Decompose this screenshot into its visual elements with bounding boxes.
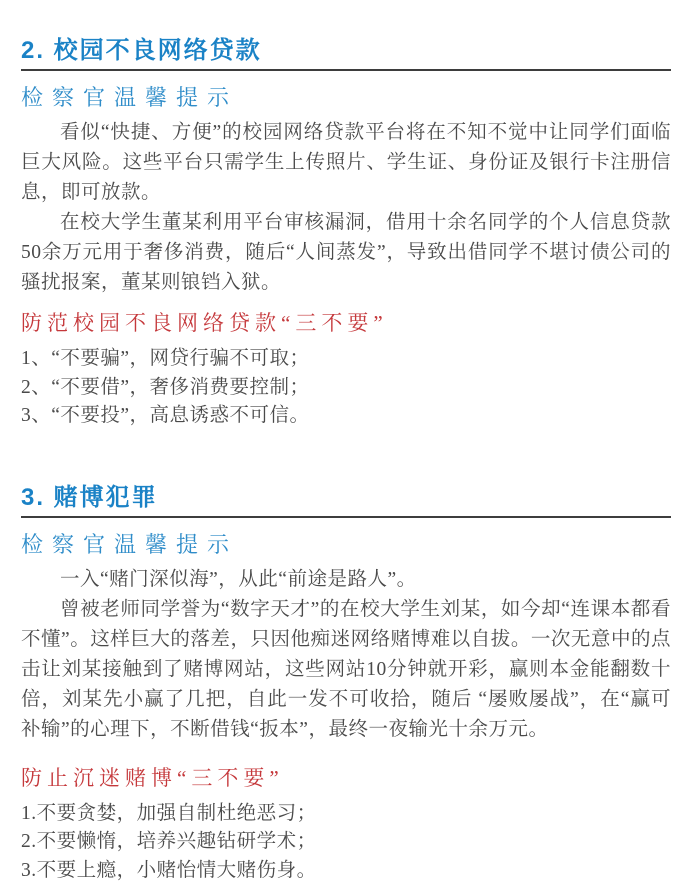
tips-heading-campus-loan: 防范校园不良网络贷款“三不要” (21, 311, 671, 336)
paragraph: 看似“快捷、方便”的校园网络贷款平台将在不知不觉中让同学们面临巨大风险。这些平台… (21, 118, 671, 208)
section-body: 一入“赌门深似海”，从此“前途是路人”。 曾被老师同学誉为“数字天才”的在校大学… (21, 565, 671, 745)
tip-item: 1.不要贪婪，加强自制杜绝恶习； (21, 800, 671, 829)
tip-item: 2、“不要借”，奢侈消费要控制； (21, 374, 671, 403)
tip-item: 2.不要懒惰，培养兴趣钻研学术； (21, 828, 671, 857)
section-campus-loan: 2. 校园不良网络贷款 检察官温馨提示 看似“快捷、方便”的校园网络贷款平台将在… (21, 0, 671, 431)
prosecutor-tip-subtitle: 检察官温馨提示 (21, 531, 671, 558)
section-gambling-crime: 3. 赌博犯罪 检察官温馨提示 一入“赌门深似海”，从此“前途是路人”。 曾被老… (21, 431, 671, 882)
section-divider (21, 69, 671, 71)
prosecutor-tip-subtitle: 检察官温馨提示 (21, 84, 671, 111)
paragraph: 在校大学生董某利用平台审核漏洞，借用十余名同学的个人信息贷款50余万元用于奢侈消… (21, 208, 671, 298)
tip-item: 1、“不要骗”，网贷行骗不可取； (21, 345, 671, 374)
section-title-campus-loan: 2. 校园不良网络贷款 (21, 0, 671, 66)
tip-item: 3、“不要投”，高息诱惑不可信。 (21, 402, 671, 431)
tips-list: 1.不要贪婪，加强自制杜绝恶习； 2.不要懒惰，培养兴趣钻研学术； 3.不要上瘾… (21, 800, 671, 882)
tips-list: 1、“不要骗”，网贷行骗不可取； 2、“不要借”，奢侈消费要控制； 3、“不要投… (21, 345, 671, 431)
paragraph: 一入“赌门深似海”，从此“前途是路人”。 (21, 565, 671, 595)
section-body: 看似“快捷、方便”的校园网络贷款平台将在不知不觉中让同学们面临巨大风险。这些平台… (21, 118, 671, 298)
section-divider (21, 516, 671, 518)
paragraph: 曾被老师同学誉为“数字天才”的在校大学生刘某，如今却“连课本都看不懂”。这样巨大… (21, 595, 671, 745)
section-title-gambling-crime: 3. 赌博犯罪 (21, 431, 671, 513)
document-page: 2. 校园不良网络贷款 检察官温馨提示 看似“快捷、方便”的校园网络贷款平台将在… (0, 0, 693, 882)
tip-item: 3.不要上瘾，小赌怡情大赌伤身。 (21, 857, 671, 882)
tips-heading-gambling: 防止沉迷赌博“三不要” (21, 766, 671, 791)
